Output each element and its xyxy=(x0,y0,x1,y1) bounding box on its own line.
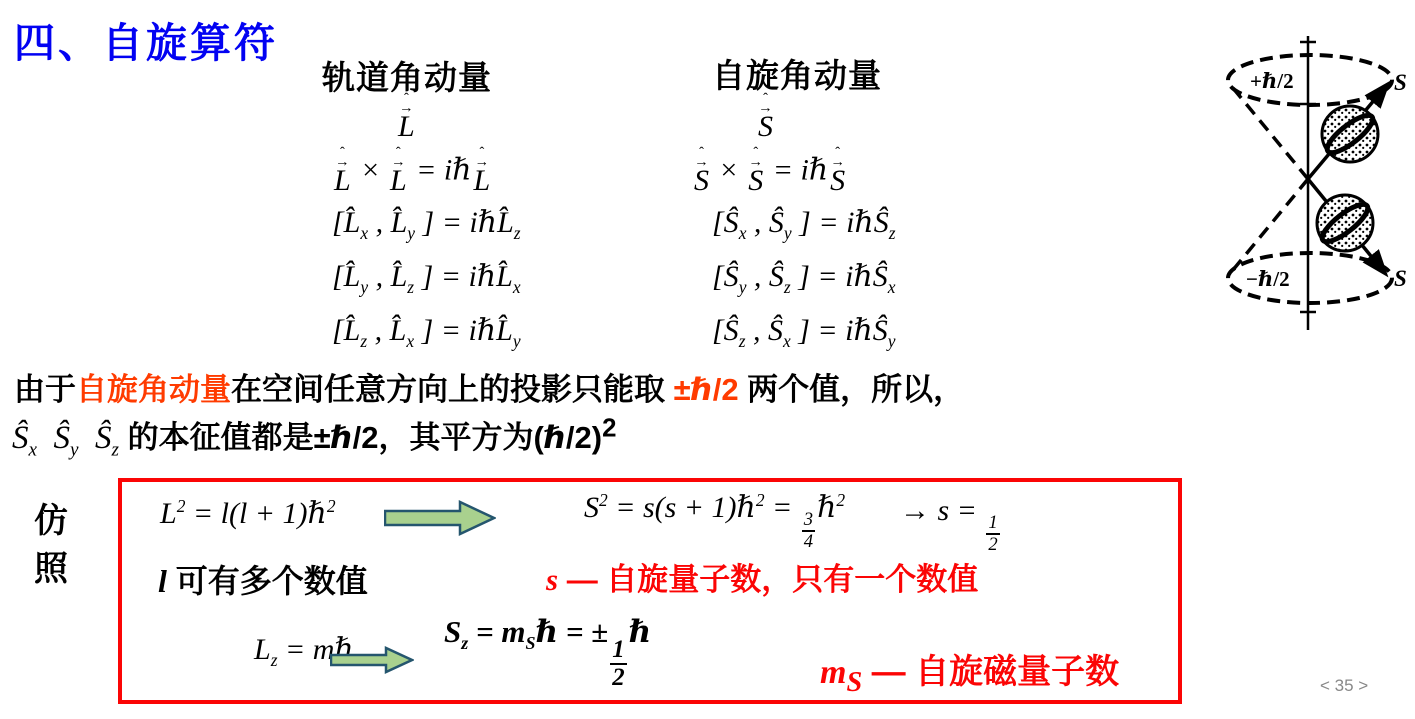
orbital-l-squared-formula: L2 = l(l + 1)ℏ2 xyxy=(160,496,336,531)
paragraph-line-1: 由于自旋角动量在空间任意方向上的投影只能取 ±ℏ/2 两个值，所以， xyxy=(14,364,964,409)
lower-electron-sphere xyxy=(1317,195,1373,251)
spin-components-symbols: Ŝx Ŝy Ŝz xyxy=(12,420,119,456)
spin-commutator-2: [Ŝy , Ŝz ] = iℏŜx xyxy=(712,259,896,298)
slide-title: 四、自旋算符 xyxy=(14,10,278,69)
spin-quantum-number-value: → s = 12 xyxy=(900,494,1002,554)
analogy-summary-box: L2 = l(l + 1)ℏ2 S2 = s(s + 1)ℏ2 = 34ℏ2 →… xyxy=(118,478,1182,704)
para-highlight-spin-angular-momentum: 自旋角动量 xyxy=(76,372,231,407)
figure-label-plus-hbar-half: +ℏ/2 xyxy=(1250,69,1294,93)
figure-label-s-bottom: S xyxy=(1394,266,1407,291)
paragraph-line-2: Ŝx Ŝy Ŝz 的本征值都是±ℏ/2，其平方为(ℏ/2)2 xyxy=(12,412,616,462)
spin-commutator-3: [Ŝz , Ŝx ] = iℏŜy xyxy=(712,313,896,352)
para-highlight-pm-hbar-2: ±ℏ/2 xyxy=(674,372,739,407)
orbital-commutator-2: [L̂y , L̂z ] = iℏL̂x xyxy=(332,259,521,298)
l-multiple-values-note: l 可有多个数值 xyxy=(158,556,368,602)
figure-label-minus-hbar-half: −ℏ/2 xyxy=(1246,267,1290,291)
figure-label-s-top: S xyxy=(1394,70,1407,95)
spin-column-header: 自旋角动量 xyxy=(712,50,882,97)
spin-sz-formula: Sz = mSℏ = ±12ℏ xyxy=(444,614,651,691)
spin-operator-symbol: ˆ→S xyxy=(756,96,775,141)
spin-cross-product-formula: ˆ→S × ˆ→S = iℏˆ→S xyxy=(692,150,847,195)
spin-s-squared-formula: S2 = s(s + 1)ℏ2 = 34ℏ2 xyxy=(584,490,845,551)
para-text: 由于 xyxy=(14,372,76,407)
page-number: < 35 > xyxy=(1320,676,1368,696)
orbital-commutator-1: [L̂x , L̂y ] = iℏL̂z xyxy=(332,205,521,244)
orbital-operator-symbol: ˆ→L xyxy=(396,96,417,141)
para-text: 在空间任意方向上的投影只能取 xyxy=(231,372,674,407)
para-text: 两个值，所以， xyxy=(739,372,965,407)
spin-commutator-1: [Ŝx , Ŝy ] = iℏŜz xyxy=(712,205,896,244)
orbital-cross-product-formula: ˆ→L × ˆ→L = iℏˆ→L xyxy=(332,150,492,195)
upper-electron-sphere xyxy=(1322,106,1378,162)
orbital-commutator-3: [L̂z , L̂x ] = iℏL̂y xyxy=(332,313,521,352)
analogy-side-label: 仿照 xyxy=(34,498,76,593)
para-text: 的本征值都是±ℏ/2，其平方为(ℏ/2)2 xyxy=(119,420,617,455)
spin-quantum-number-note: s — 自旋量子数，只有一个数值 xyxy=(546,554,978,599)
implication-arrow-icon xyxy=(330,646,414,674)
slide: 四、自旋算符 轨道角动量 自旋角动量 ˆ→L ˆ→L × ˆ→L = iℏˆ→L… xyxy=(0,0,1415,719)
implication-arrow-icon xyxy=(384,500,496,536)
spin-cones-figure: +ℏ/2 −ℏ/2 S S xyxy=(1218,24,1410,336)
spin-magnetic-quantum-number-note: mS — 自旋磁量子数 xyxy=(820,644,1119,699)
